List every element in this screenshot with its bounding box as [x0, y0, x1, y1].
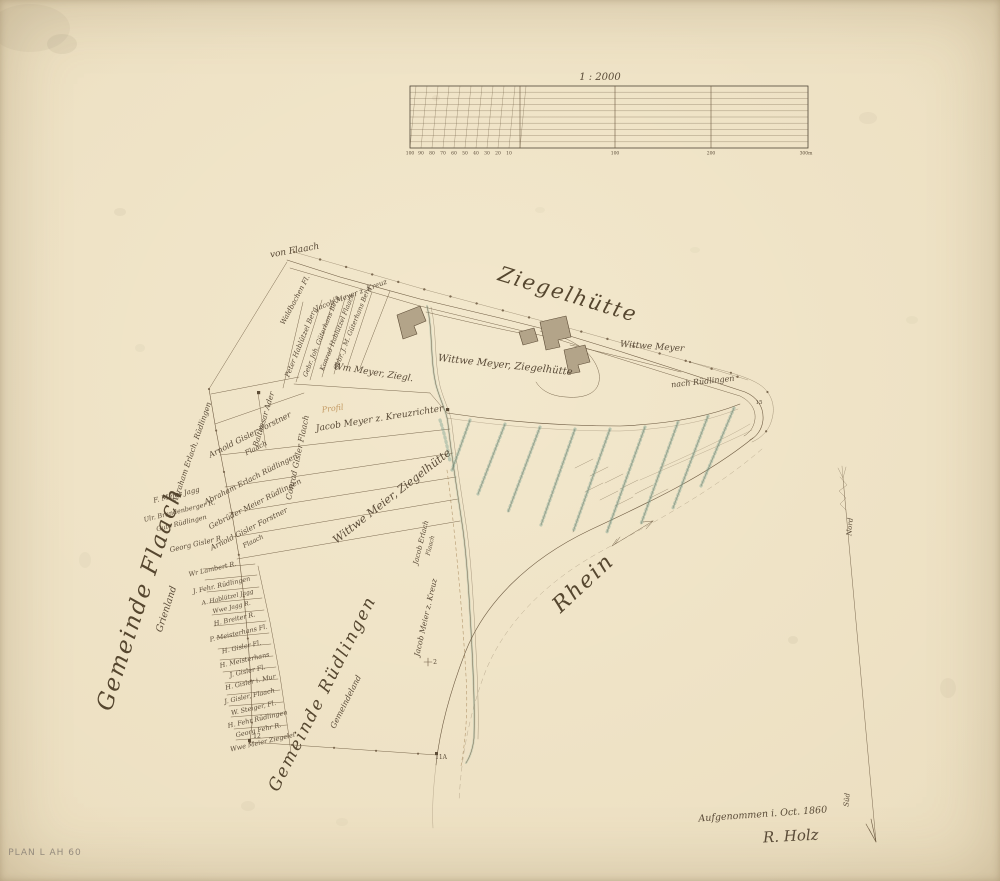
- archive-mark: PLAN L AH 60: [8, 848, 82, 858]
- label-num-12: 12: [253, 733, 261, 740]
- scale-subtick-100: 100: [406, 151, 415, 157]
- stream: [427, 306, 478, 766]
- cross-mark: [424, 658, 432, 666]
- label-wittwe-meyer-ziegelhuette: Wittwe Meyer, Ziegelhütte: [437, 353, 573, 378]
- compass-north-label: Nord: [845, 517, 855, 537]
- scale-subtick-30: 30: [484, 151, 490, 157]
- compass-south-label: Süd: [842, 792, 851, 807]
- scale-subtick-80: 80: [429, 151, 435, 157]
- surveyor-signature: R. Holz: [761, 826, 819, 847]
- label-wm-meyer-ziegl: Wm Meyer, Ziegl.: [333, 362, 414, 385]
- label-rhein: Rhein: [547, 549, 620, 619]
- scale-subtick-40: 40: [473, 151, 479, 157]
- label-gemeinde-ruedlingen: Gemeinde Rüdlingen: [264, 593, 380, 795]
- scale-subtick-60: 60: [451, 151, 457, 157]
- label-num-15: 15: [756, 400, 763, 406]
- label-num-11a: 11A: [435, 754, 448, 761]
- scale-tick-200: 200: [707, 151, 716, 157]
- scale-tick-100: 100: [611, 151, 620, 157]
- scale-subtick-10: 10: [506, 151, 512, 157]
- label-jacob-meier-kreuz-vert: Jacob Meier z. Kreuz: [412, 578, 439, 659]
- map-drawing: 1 : 2000 100908070605040302010100200300m: [0, 0, 1000, 881]
- label-von-flaach: von Flaach: [269, 242, 320, 261]
- label-grienland: Grienland: [154, 585, 179, 634]
- label-wr-lambert: Wr Lambert R.: [188, 560, 237, 579]
- meridian-arrow: [838, 466, 876, 842]
- scale-bar: 1 : 2000 100908070605040302010100200300m: [406, 72, 813, 157]
- scale-subtick-50: 50: [462, 151, 468, 157]
- label-pencil-word: Profil: [320, 402, 344, 414]
- label-wittwe-meier-zh2: Wittwe Meier, Ziegelhütte: [330, 446, 453, 546]
- scale-subtick-70: 70: [440, 151, 446, 157]
- arrow-head: [866, 819, 876, 842]
- scale-subtick-20: 20: [495, 151, 501, 157]
- flow-arrow: [612, 521, 653, 546]
- wing-dams: [440, 404, 740, 532]
- label-nach-ruedlingen: nach Rüdlingen: [671, 374, 735, 390]
- label-wittwe-meyer: Wittwe Meyer: [620, 340, 686, 355]
- scale-tick-labels: 100908070605040302010100200300m: [406, 151, 813, 157]
- scale-end-label: 300m: [800, 151, 814, 157]
- map-sheet: 1 : 2000 100908070605040302010100200300m: [0, 0, 1000, 881]
- label-ziegelhuette-title: Ziegelhütte: [494, 261, 640, 327]
- scale-title: 1 : 2000: [579, 72, 621, 83]
- survey-note: Aufgenommen i. Oct. 1860: [697, 805, 827, 825]
- scale-subtick-90: 90: [418, 151, 424, 157]
- map-labels: von Flaachnach RüdlingenZiegelhütteWittw…: [92, 242, 763, 795]
- arrow-feather: [838, 466, 847, 510]
- label-num-2: 2: [433, 659, 437, 666]
